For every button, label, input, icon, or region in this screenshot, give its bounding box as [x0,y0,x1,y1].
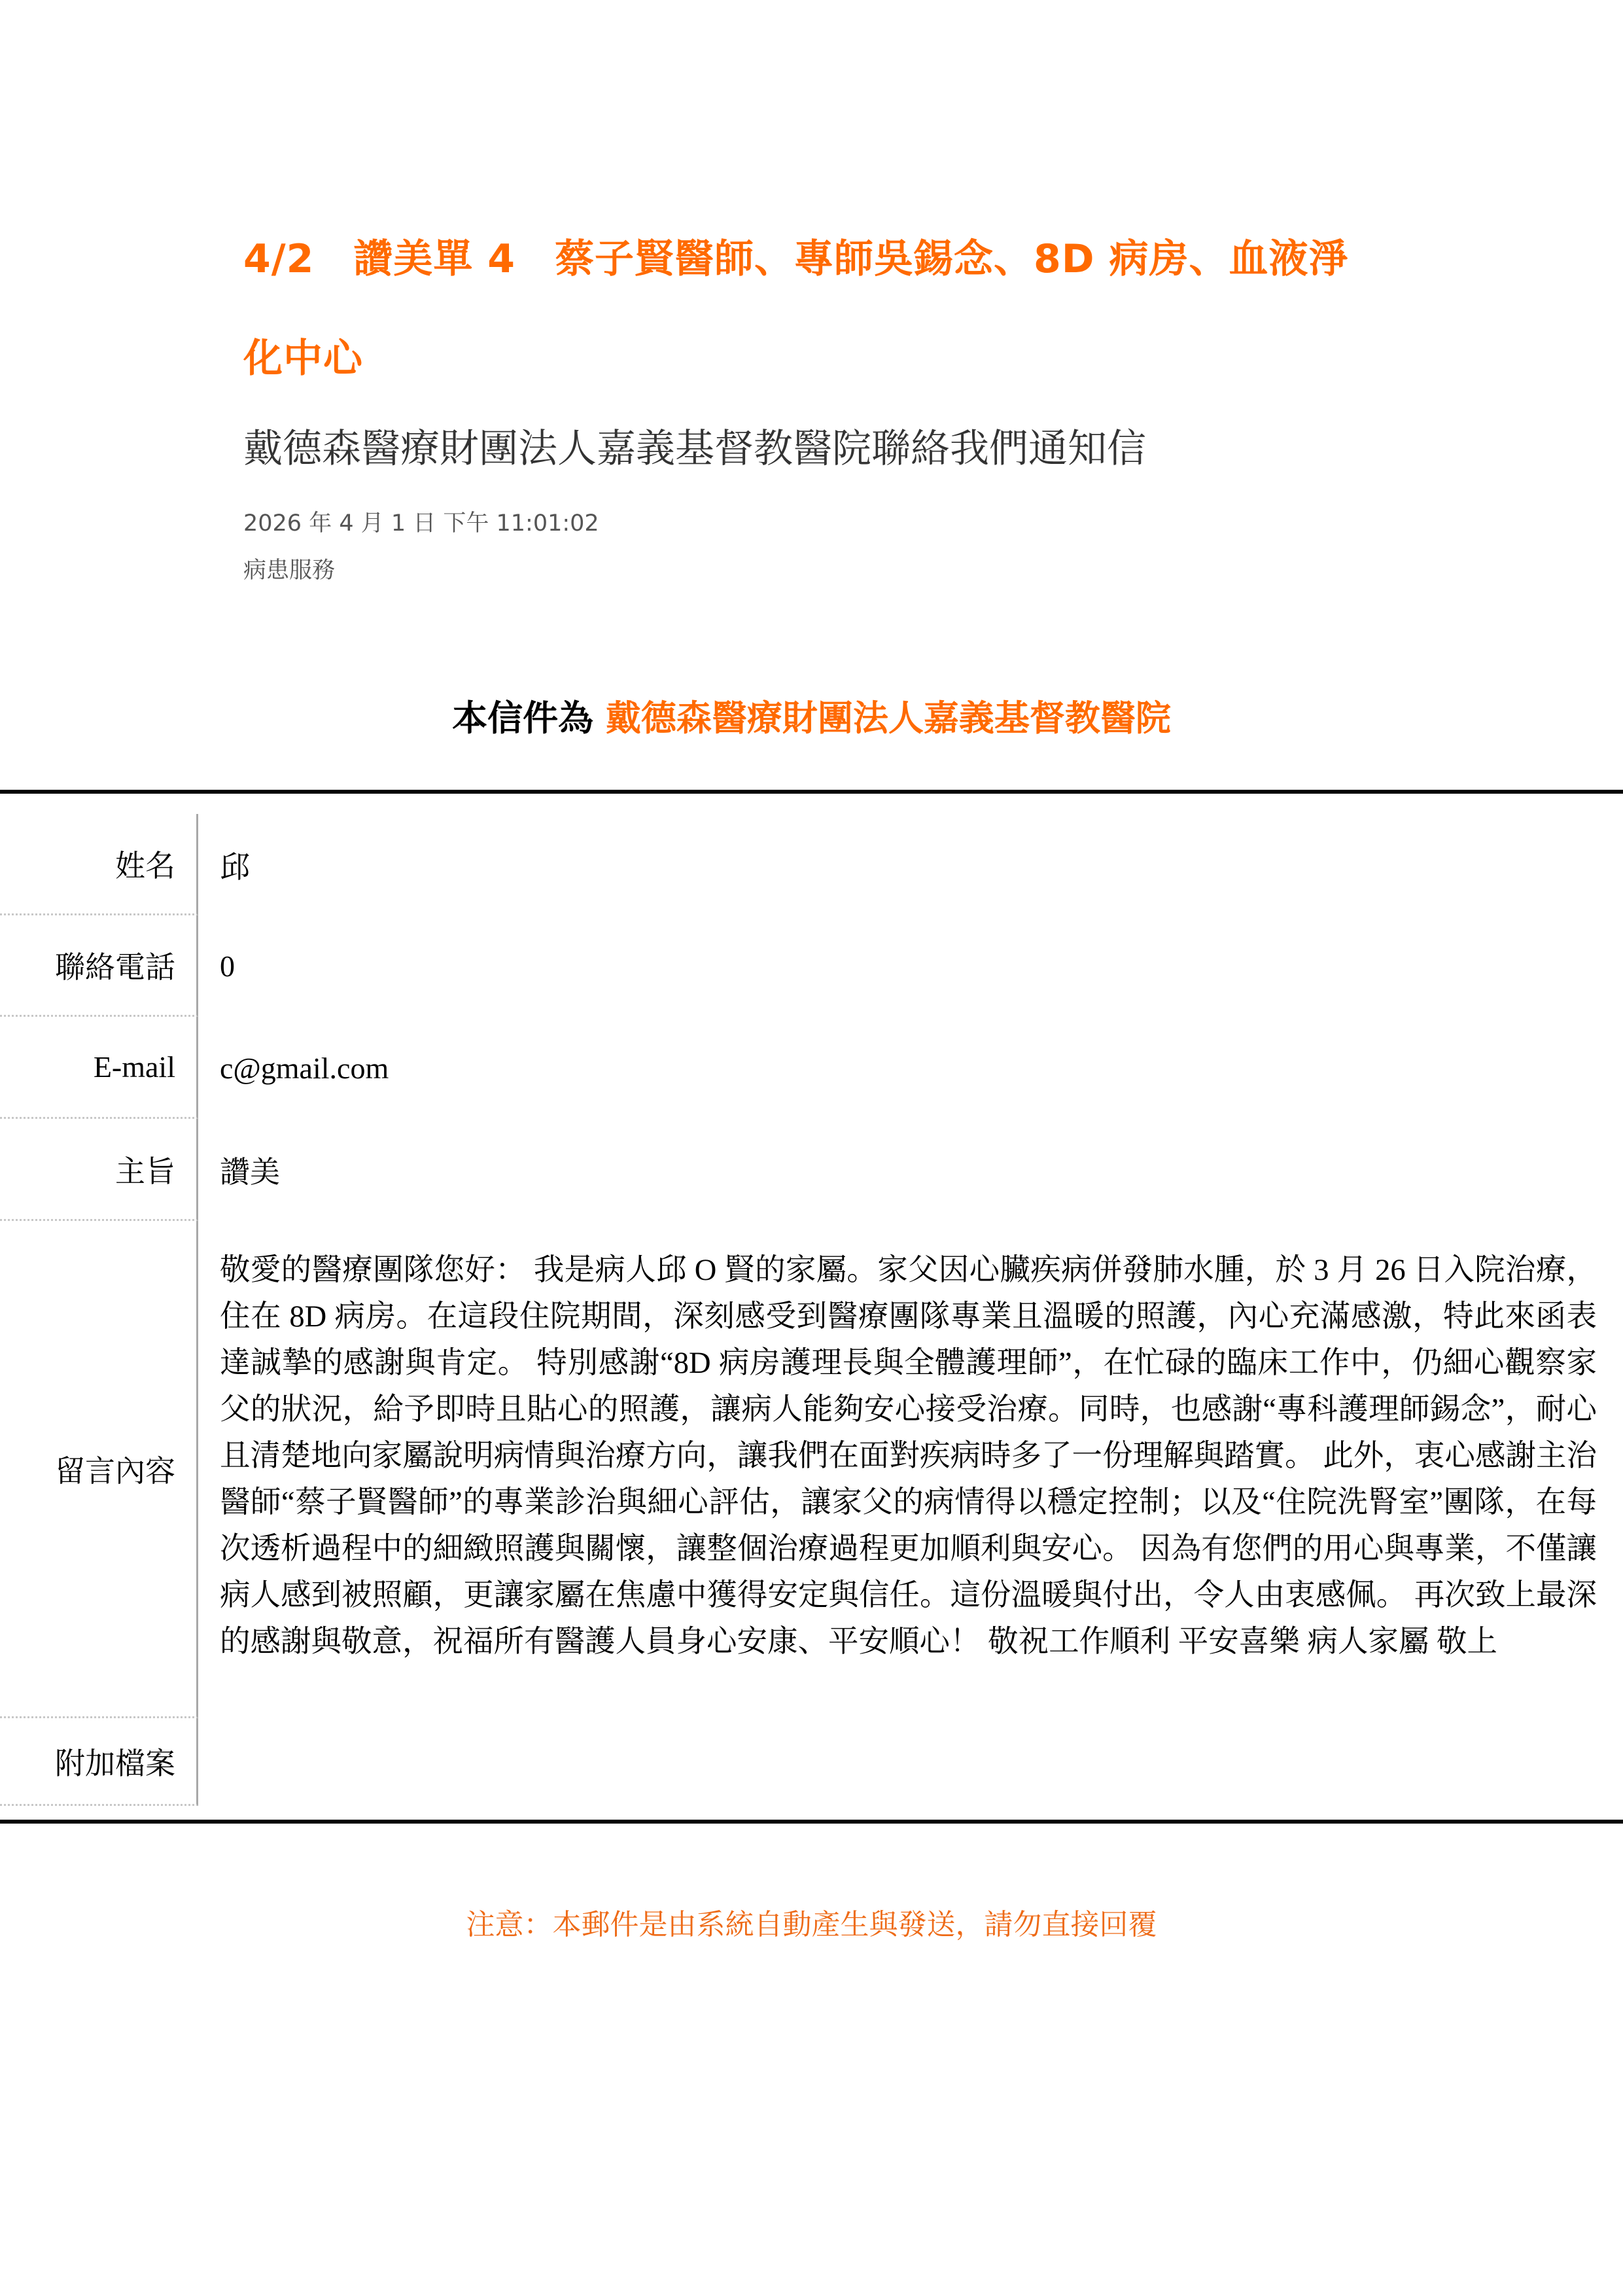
email-category: 病患服務 [243,556,1421,585]
field-value-phone: 0 [198,915,1623,1017]
field-label-subject: 主旨 [0,1119,198,1221]
sent-timestamp: 2026 年 4 月 1 日 下午 11:01:02 [243,509,1421,538]
table-row-phone: 聯絡電話 0 [0,915,1623,1017]
email-subtitle: 戴德森醫療財團法人嘉義基督教醫院聯絡我們通知信 [243,423,1421,475]
email-title: 4/2讚美單 4蔡子賢醫師、專師吳錫念、8D 病房、血液淨 化中心 [243,209,1421,408]
field-label-phone: 聯絡電話 [0,915,198,1017]
contact-form-table: 姓名 邱 聯絡電話 0 E-mail c@gmail.com 主旨 讚美 留言內… [0,814,1623,1806]
sender-prefix: 本信件為 [452,698,593,739]
title-recipients: 蔡子賢醫師、專師吳錫念、8D 病房、血液淨 [555,236,1348,282]
field-value-email[interactable]: c@gmail.com [198,1017,1623,1119]
sender-hospital-name: 戴德森醫療財團法人嘉義基督教醫院 [606,698,1171,739]
title-date: 4/2 [243,236,314,282]
sender-heading: 本信件為 戴德森醫療財團法人嘉義基督教醫院 [0,692,1623,745]
table-row-message: 留言內容 敬愛的醫療團隊您好： 我是病人邱 O 賢的家屬。家父因心臟疾病併發肺水… [0,1221,1623,1718]
table-row-attachment: 附加檔案 [0,1718,1623,1806]
table-top-rule [0,790,1623,794]
field-value-message: 敬愛的醫療團隊您好： 我是病人邱 O 賢的家屬。家父因心臟疾病併發肺水腫，於 3… [198,1221,1623,1718]
table-bottom-rule [0,1820,1623,1824]
table-row-email: E-mail c@gmail.com [0,1017,1623,1119]
field-label-attachment: 附加檔案 [0,1718,198,1806]
table-row-subject: 主旨 讚美 [0,1119,1623,1221]
auto-generated-notice: 注意：本郵件是由系統自動產生與發送，請勿直接回覆 [0,1905,1623,1945]
title-form-number: 讚美單 4 [353,236,515,282]
field-label-name: 姓名 [0,814,198,915]
field-label-message: 留言內容 [0,1221,198,1718]
title-recipients-continued: 化中心 [243,336,363,381]
field-value-name: 邱 [198,814,1623,915]
table-row-name: 姓名 邱 [0,814,1623,915]
field-label-email: E-mail [0,1017,198,1119]
email-header: 4/2讚美單 4蔡子賢醫師、專師吳錫念、8D 病房、血液淨 化中心 戴德森醫療財… [243,209,1421,585]
field-value-subject: 讚美 [198,1119,1623,1221]
field-value-attachment [198,1718,1623,1806]
